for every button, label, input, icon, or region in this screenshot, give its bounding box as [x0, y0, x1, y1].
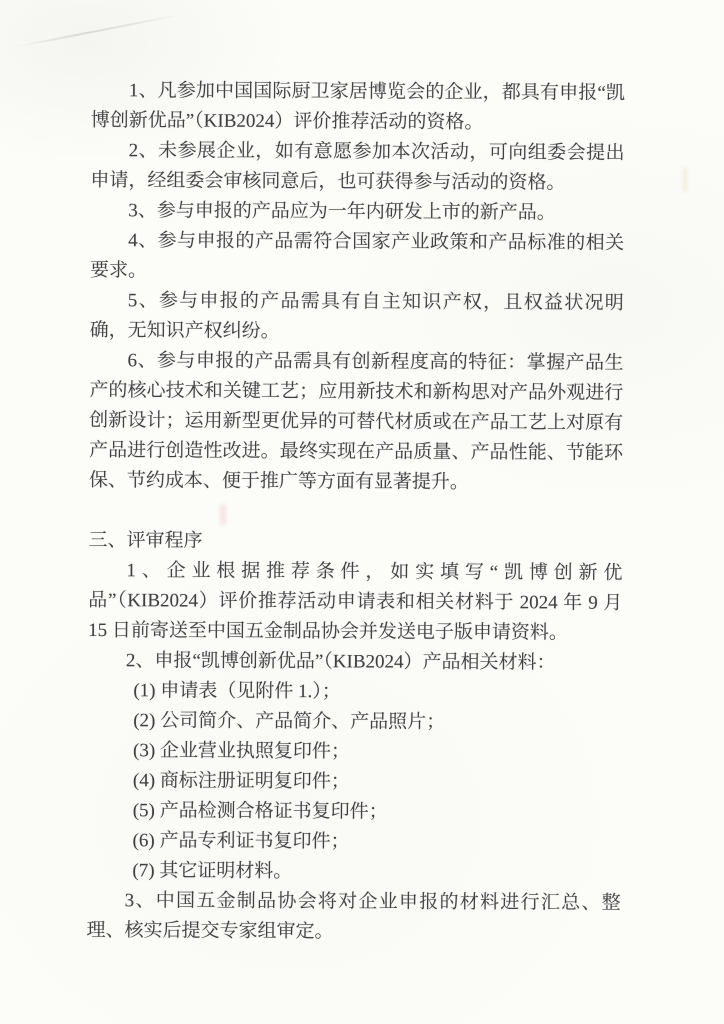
review-step-3: 3、中国五金制品协会将对企业申报的材料进行汇总、整理、核实后提交专家组审定。 — [86, 886, 620, 949]
material-item-2: (2) 公司简介、产品简介、产品照片； — [88, 706, 622, 739]
scan-smudge — [683, 168, 687, 192]
material-item-7: (7) 其它证明材料。 — [87, 856, 621, 889]
material-item-5: (5) 产品检测合格证书复印件； — [87, 796, 621, 829]
document-content: 1、凡参加中国国际厨卫家居博览会的企业，都具有申报“凯博创新优品”（KIB202… — [86, 76, 625, 949]
page-crease-line — [13, 14, 180, 48]
eligibility-item-2: 2、未参展企业，如有意愿参加本次活动，可向组委会提出申请，经组委会审核同意后，也… — [90, 136, 624, 199]
eligibility-item-3: 3、参与申报的产品应为一年内研发上市的新产品。 — [90, 196, 624, 229]
eligibility-item-5: 5、参与申报的产品需具有自主知识产权，且权益状况明确，无知识产权纠纷。 — [90, 286, 624, 349]
review-step-2: 2、申报“凯博创新优品”（KIB2024）产品相关材料： — [88, 646, 622, 679]
material-item-4: (4) 商标注册证明复印件； — [87, 766, 621, 799]
material-item-6: (6) 产品专利证书复印件； — [87, 826, 621, 859]
section-heading-review-procedure: 三、评审程序 — [88, 526, 622, 559]
material-item-3: (3) 企业营业执照复印件； — [87, 736, 621, 769]
eligibility-item-1: 1、凡参加中国国际厨卫家居博览会的企业，都具有申报“凯博创新优品”（KIB202… — [91, 76, 625, 139]
eligibility-item-6: 6、参与申报的产品需具有创新程度高的特征：掌握产品生产的核心技术和关键工艺；应用… — [89, 346, 624, 499]
material-item-1: (1) 申请表（见附件 1.）； — [88, 676, 622, 709]
eligibility-item-4: 4、参与申报的产品需符合国家产业政策和产品标准的相关要求。 — [90, 226, 624, 289]
review-step-1: 1、企业根据推荐条件，如实填写“凯博创新优品”（KIB2024）评价推荐活动申请… — [88, 556, 622, 649]
scanned-document: { "page": { "background_color": "#fcfcf9… — [0, 0, 724, 1024]
